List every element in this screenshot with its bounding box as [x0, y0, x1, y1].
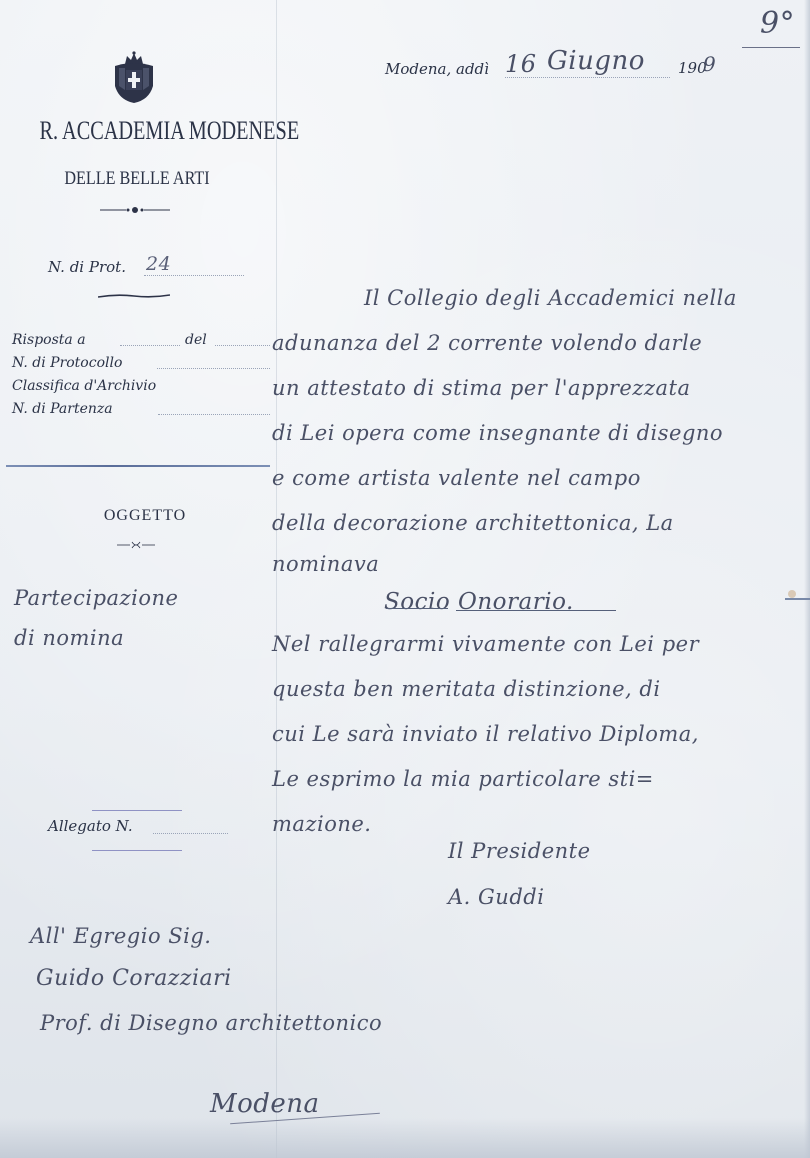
letter-line: di Lei opera come insegnante di disegno	[272, 411, 802, 456]
small-ornament-icon	[117, 540, 155, 550]
organization-subtitle: DELLE BELLE ARTI	[31, 168, 244, 190]
attachment-rule-bottom	[92, 850, 182, 851]
reply-to-field: Risposta a del	[12, 330, 270, 353]
section-divider	[6, 465, 270, 467]
attachment-rule-top	[92, 810, 182, 811]
letter-line: della decorazione architettonica, La	[272, 501, 802, 546]
protocol-label: N. di Prot.	[48, 258, 126, 276]
page-number-underline	[742, 47, 800, 48]
reply-to-dotted-line	[120, 345, 180, 346]
letter-line: cui Le sarà inviato il relativo Diploma,	[272, 712, 802, 757]
attachment-dotted-line	[153, 833, 228, 834]
signature: A. Guddi	[448, 874, 591, 920]
letter-line: adunanza del 2 corrente volendo darle	[272, 321, 802, 366]
departure-number-label: N. di Partenza	[12, 401, 113, 417]
archive-class-label: Classifica d'Archivio	[12, 378, 156, 394]
coat-of-arms-icon	[111, 50, 157, 104]
addressee-line: All' Egregio Sig.	[30, 915, 382, 957]
paper-stain	[788, 590, 796, 598]
reply-date-label: del	[185, 332, 207, 348]
protocol-number-field: N. di Prot. 24	[48, 255, 268, 281]
organization-name: R. ACCADEMIA MODENESE	[40, 116, 235, 146]
date-day: 16	[505, 50, 537, 78]
place-label: Modena, addì	[385, 60, 489, 78]
ornament-divider-icon	[100, 204, 170, 216]
protocol-ref-field: N. di Protocollo	[12, 353, 270, 376]
signature-block: Il Presidente A. Guddi	[448, 828, 591, 920]
subject-line: Partecipazione	[14, 578, 264, 618]
margin-mark	[785, 598, 810, 600]
date-year-handwritten: 9	[703, 52, 716, 76]
protocol-dotted-line	[144, 275, 244, 276]
paper-edge	[804, 0, 810, 1158]
attachment-label: Allegato N.	[48, 817, 133, 835]
subject-text: Partecipazione di nomina	[14, 578, 264, 658]
departure-dotted-line	[158, 414, 270, 415]
protocol-ref-dotted-line	[157, 368, 270, 369]
addressee-block: All' Egregio Sig. Guido Corazziari Prof.…	[30, 915, 382, 1129]
archive-class-field: Classifica d'Archivio	[12, 376, 270, 399]
addressee-city: Modena	[30, 1079, 382, 1129]
departure-number-field: N. di Partenza	[12, 399, 270, 422]
subject-line: di nomina	[14, 618, 264, 658]
letter-line: un attestato di stima per l'apprezzata	[272, 366, 802, 411]
page-number: 9°	[760, 6, 795, 41]
addressee-name: Guido Corazziari	[30, 957, 382, 1001]
closing-title: Il Presidente	[448, 828, 591, 874]
honorary-title: Socio Onorario.	[272, 582, 802, 622]
letter-line: questa ben meritata distinzione, di	[272, 667, 802, 712]
swash-divider-icon	[98, 292, 170, 300]
subject-heading: OGGETTO	[20, 507, 270, 525]
letter-line: nominava	[272, 546, 802, 582]
reference-fields: Risposta a del N. di Protocollo Classifi…	[12, 330, 270, 422]
letter-line: Le esprimo la mia particolare sti=	[272, 757, 802, 802]
date-dotted-line	[505, 77, 670, 78]
letter-line: Il Collegio degli Accademici nella	[272, 276, 802, 321]
title-underline	[386, 608, 448, 609]
title-underline	[456, 610, 616, 611]
protocol-value: 24	[146, 253, 171, 275]
letter-line: Nel rallegrarmi vivamente con Lei per	[272, 622, 802, 667]
protocol-ref-label: N. di Protocollo	[12, 355, 122, 371]
addressee-line: Prof. di Disegno architettonico	[30, 1001, 382, 1045]
letter-body: Il Collegio degli Accademici nella aduna…	[272, 276, 802, 847]
date-line: Modena, addì 16 Giugno 190 9	[385, 52, 725, 92]
reply-to-label: Risposta a	[12, 332, 86, 348]
date-month: Giugno	[547, 46, 645, 76]
letter-line: e come artista valente nel campo	[272, 456, 802, 501]
reply-date-dotted-line	[215, 345, 270, 346]
